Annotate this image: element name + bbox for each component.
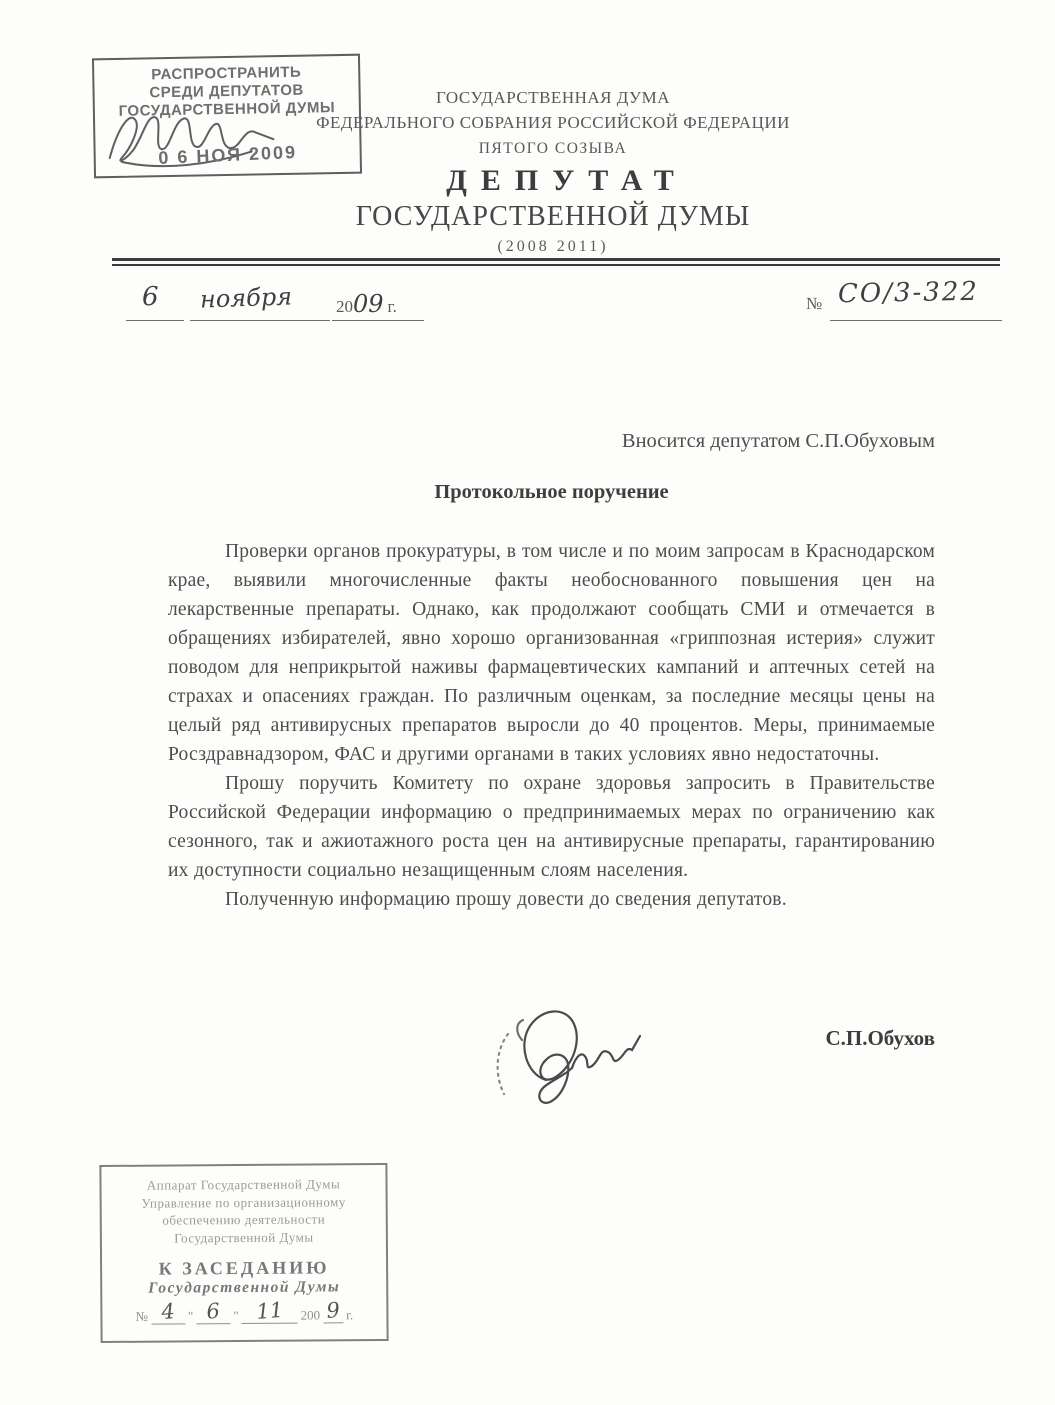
body-paragraph: Прошу поручить Комитету по охране здоров… bbox=[168, 769, 935, 885]
handwritten-session-number: 4 bbox=[160, 1299, 175, 1324]
letterhead-org-line-2: ФЕДЕРАЛЬНОГО СОБРАНИЯ РОССИЙСКОЙ ФЕДЕРАЦ… bbox=[75, 113, 1031, 133]
scanned-document-page: РАСПРОСТРАНИТЬ СРЕДИ ДЕПУТАТОВ ГОСУДАРСТ… bbox=[0, 0, 1055, 1405]
letterhead-org-line-1: ГОСУДАРСТВЕННАЯ ДУМА bbox=[75, 88, 1031, 108]
body-paragraph: Проверки органов прокуратуры, в том числ… bbox=[168, 537, 935, 769]
day-underline bbox=[126, 319, 184, 321]
quote-mark: " bbox=[233, 1308, 238, 1324]
body-paragraph: Полученную информацию прошу довести до с… bbox=[168, 885, 935, 914]
handwritten-day: 6 bbox=[142, 282, 159, 312]
year-prefix: 20 bbox=[336, 297, 353, 316]
letterhead-term: (2008 2011) bbox=[75, 238, 1031, 256]
handwritten-document-number: СО/3-322 bbox=[838, 277, 979, 309]
quote-mark: " bbox=[188, 1308, 193, 1324]
session-stamp-dept-line: Управление по организационному bbox=[102, 1193, 386, 1212]
month-underline bbox=[190, 319, 330, 321]
session-stamp-number-row: № 4 " 6 " 11 200 9 г. bbox=[102, 1298, 386, 1325]
document-number-label: № bbox=[806, 294, 822, 314]
year-group: 2009 г. bbox=[336, 290, 397, 318]
session-stamp-dept-line: Аппарат Государственной Думы bbox=[101, 1175, 385, 1194]
handwritten-session-month: 11 bbox=[255, 1298, 283, 1324]
year-unit: г. bbox=[388, 297, 397, 316]
handwritten-session-year: 9 bbox=[326, 1298, 341, 1323]
session-year-slot: 9 bbox=[323, 1298, 343, 1323]
letterhead-title: ДЕПУТАТ bbox=[75, 164, 1045, 198]
year-underline bbox=[332, 319, 424, 321]
handwritten-year-suffix: 09 bbox=[353, 290, 384, 318]
signature-icon bbox=[488, 1000, 666, 1122]
handwritten-session-day: 6 bbox=[206, 1299, 221, 1324]
submitted-by-line: Вносится депутатом С.П.Обуховым bbox=[168, 430, 935, 453]
session-year-prefix: 200 bbox=[301, 1307, 321, 1323]
session-stamp-subheading: Государственной Думы bbox=[102, 1278, 386, 1298]
session-stamp: Аппарат Государственной Думы Управление … bbox=[99, 1163, 388, 1343]
session-stamp-dept-line: Государственной Думы bbox=[102, 1228, 386, 1247]
signatory-name: С.П.Обухов bbox=[168, 1026, 935, 1051]
session-stamp-heading: К ЗАСЕДАНИЮ bbox=[102, 1257, 386, 1280]
session-day-slot: 6 bbox=[196, 1299, 230, 1324]
document-title: Протокольное поручение bbox=[168, 481, 935, 504]
letterhead-subtitle: ГОСУДАРСТВЕННОЙ ДУМЫ bbox=[75, 201, 1031, 233]
session-stamp-dept-line: обеспечению деятельности bbox=[102, 1210, 386, 1229]
session-number-label: № bbox=[136, 1309, 149, 1325]
document-number-underline bbox=[830, 319, 1002, 321]
handwritten-month: ноября bbox=[200, 282, 293, 313]
session-number-slot: 4 bbox=[151, 1299, 185, 1324]
document-body: Проверки органов прокуратуры, в том числ… bbox=[168, 537, 935, 914]
letterhead-org-line-3: ПЯТОГО СОЗЫВА bbox=[75, 140, 1031, 158]
letterhead-divider bbox=[112, 258, 1000, 266]
session-year-unit: г. bbox=[346, 1307, 353, 1323]
session-month-slot: 11 bbox=[242, 1299, 298, 1324]
